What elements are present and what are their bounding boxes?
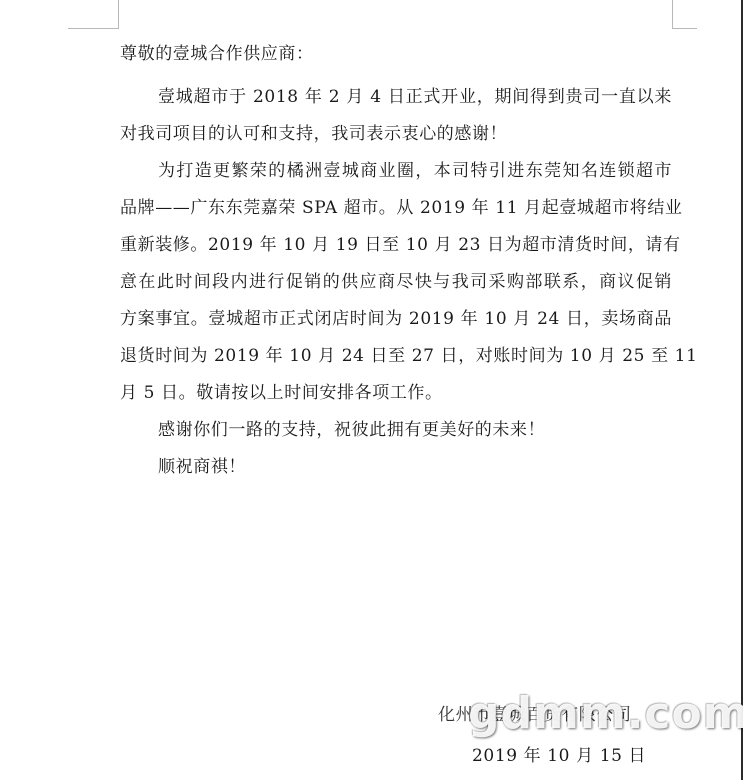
paragraph-line: 月 5 日。敬请按以上时间安排各项工作。 [120,375,672,412]
paragraph-line: 品牌——广东东莞嘉荣 SPA 超市。从 2019 年 11 月起壹城超市将结业 [120,190,672,227]
document-body: 尊敬的壹城合作供应商： 壹城超市于 2018 年 2 月 4 日正式开业，期间得… [120,36,672,486]
paragraph-line: 为打造更繁荣的橘洲壹城商业圈，本司特引进东莞知名连锁超市 [120,153,672,190]
signature-date: 2019 年 10 月 15 日 [472,741,646,766]
paragraph-thanks: 感谢你们一路的支持，祝彼此拥有更美好的未来！ [120,412,672,449]
paragraph-line: 退货时间为 2019 年 10 月 24 日至 27 日，对账时间为 10 月 … [120,338,672,375]
page-corner-mark-right [672,0,697,29]
paragraph-announcement: 为打造更繁荣的橘洲壹城商业圈，本司特引进东莞知名连锁超市 品牌——广东东莞嘉荣 … [120,153,672,412]
paragraph-line: 对我司项目的认可和支持，我司表示衷心的感谢！ [120,116,672,153]
salutation: 尊敬的壹城合作供应商： [120,36,672,73]
closing-line: 顺祝商祺！ [120,449,672,486]
page-corner-mark-left [68,0,119,29]
paragraph-line: 方案事宜。壹城超市正式闭店时间为 2019 年 10 月 24 日，卖场商品 [120,301,672,338]
paragraph-opening: 壹城超市于 2018 年 2 月 4 日正式开业，期间得到贵司一直以来 对我司项… [120,79,672,153]
paragraph-line: 重新装修。2019 年 10 月 19 日至 10 月 23 日为超市清货时间，… [120,227,672,264]
watermark: gdmm.com [468,688,743,739]
paragraph-line: 壹城超市于 2018 年 2 月 4 日正式开业，期间得到贵司一直以来 [120,79,672,116]
paragraph-line: 意在此时间段内进行促销的供应商尽快与我司采购部联系，商议促销 [120,264,672,301]
